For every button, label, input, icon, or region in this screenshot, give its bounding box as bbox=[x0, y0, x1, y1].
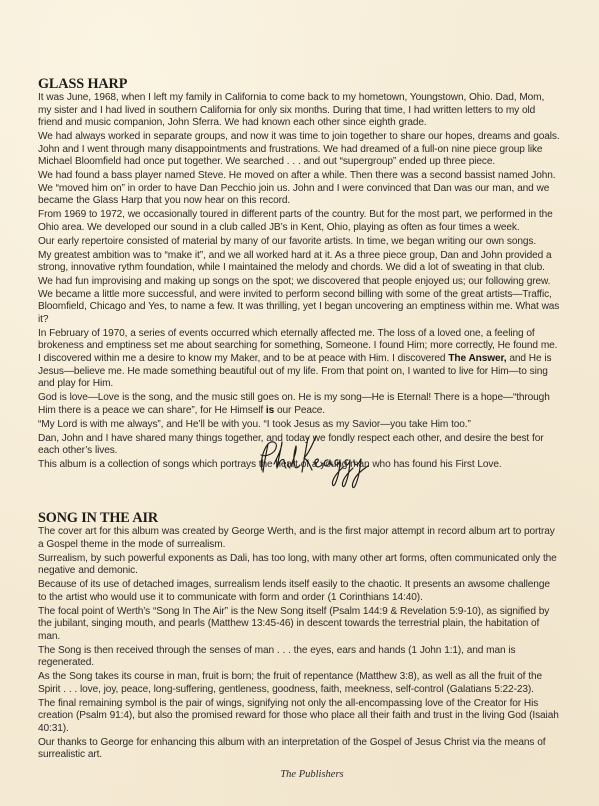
paragraph: Because of its use of detached images, s… bbox=[38, 579, 560, 604]
paragraph: It was June, 1968, when I left my family… bbox=[38, 92, 560, 130]
paragraph: From 1969 to 1972, we occasionally toure… bbox=[38, 209, 560, 234]
paragraph: The focal point of Werth’s “Song In The … bbox=[38, 606, 560, 644]
bold-text-is: is bbox=[266, 405, 274, 416]
paragraph: The final remaining symbol is the pair o… bbox=[38, 698, 560, 736]
paragraph: Our early repertoire consisted of materi… bbox=[38, 236, 560, 249]
paragraph-our-peace: God is love—Love is the song, and the mu… bbox=[38, 392, 560, 417]
paragraph: As the Song takes its course in man, fru… bbox=[38, 671, 560, 696]
section-title-song-in-the-air: SONG IN THE AIR bbox=[38, 511, 560, 526]
paragraph: Our thanks to George for enhancing this … bbox=[38, 737, 560, 762]
signature-icon bbox=[248, 428, 378, 498]
paragraph: The Song is then received through the se… bbox=[38, 645, 560, 670]
paragraph: We had fun improvising and making up son… bbox=[38, 276, 560, 326]
signoff-the-publishers: The Publishers bbox=[64, 768, 560, 781]
paragraph: My greatest ambition was to “make it”, a… bbox=[38, 250, 560, 275]
paragraph: We had found a bass player named Steve. … bbox=[38, 170, 560, 208]
section-title-glass-harp: GLASS HARP bbox=[38, 77, 560, 92]
glass-harp-section: GLASS HARP It was June, 1968, when I lef… bbox=[38, 77, 560, 473]
paragraph-the-answer: In February of 1970, a series of events … bbox=[38, 328, 560, 391]
bold-text-the-answer: The Answer, bbox=[448, 353, 506, 364]
paragraph: The cover art for this album was created… bbox=[38, 526, 560, 551]
text: our Peace. bbox=[274, 405, 325, 416]
signature-phil-keaggy bbox=[248, 428, 378, 498]
paragraph: We had always worked in separate groups,… bbox=[38, 131, 560, 169]
song-in-the-air-section: SONG IN THE AIR The cover art for this a… bbox=[38, 511, 560, 781]
paragraph: Surrealism, by such powerful exponents a… bbox=[38, 553, 560, 578]
